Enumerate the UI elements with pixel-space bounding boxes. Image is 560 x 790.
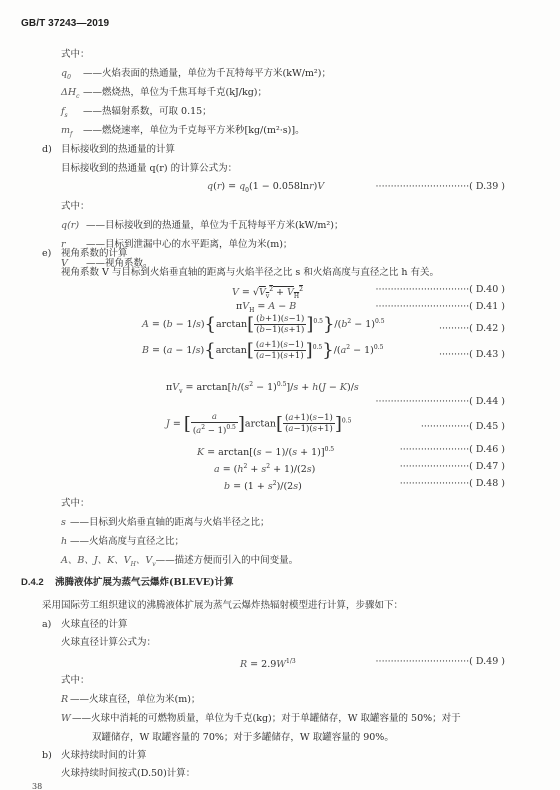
equation-number: ··········( D.43 ) xyxy=(439,348,505,361)
equation-number: ·······························( D.39 ) xyxy=(376,180,505,193)
equation-number: ·······················( D.48 ) xyxy=(400,477,505,490)
standard-code-header: GB/T 37243—2019 xyxy=(21,18,109,29)
equation-number: ·······························( D.41 ) xyxy=(376,300,505,313)
equation-number: ················( D.45 ) xyxy=(421,420,505,433)
equation-number: ·······················( D.46 ) xyxy=(400,443,505,456)
subsection-b-intro: 火球持续时间按式(D.50)计算： xyxy=(61,767,195,780)
section-d-intro: 目标接收到的热通量 q(r) 的计算公式为： xyxy=(61,162,237,175)
equation-d48: b = (1 + s2)/(2s) xyxy=(224,477,302,493)
section-number: D.4.2 xyxy=(21,576,44,589)
definition-continuation: 双罐储存，W 取罐容量的 70%；对于多罐储存，W 取罐容量的 90%。 xyxy=(92,731,394,744)
list-marker-d: d) xyxy=(42,143,52,156)
equation-number: ·······························( D.40 ) xyxy=(376,283,505,296)
equation-number: ·······························( D.44 ) xyxy=(376,395,505,408)
where-label: 式中： xyxy=(61,48,90,61)
section-d-title: 目标接收到的热通量的计算 xyxy=(61,143,175,156)
section-e-intro: 视角系数 V 与目标到火焰垂直轴的距离与火焰半径之比 s 和火焰高度与直径之比 … xyxy=(61,266,439,279)
definition-row: mf——燃烧速率，单位为千克每平方米秒[kg/(m²·s)]。 xyxy=(61,124,305,141)
equation-d47: a = (h2 + s2 + 1)/(2s) xyxy=(214,460,315,476)
definition-row: ΔHc——燃烧热，单位为千焦耳每千克(kJ/kg)； xyxy=(61,86,267,103)
subsection-a-intro: 火球直径计算公式为： xyxy=(61,636,156,649)
equation-d49: R = 2.9W1/3 xyxy=(240,655,296,671)
equation-d45: J = [a(a2 − 1)0.5]arctan[(a+1)(s−1)(a−1)… xyxy=(166,412,351,436)
section-e-title: 视角系数的计算 xyxy=(61,247,128,260)
equation-number: ·······················( D.47 ) xyxy=(400,460,505,473)
equation-number: ··········( D.42 ) xyxy=(439,322,505,335)
definition-row: h——火焰高度与直径之比； xyxy=(61,535,184,548)
definition-row: q(r)——目标接收到的热通量，单位为千瓦特每平方米(kW/m²)； xyxy=(61,219,343,232)
definition-row: q0——火焰表面的热通量，单位为千瓦特每平方米(kW/m²)； xyxy=(61,67,331,84)
equation-d39: q(r) = q0(1 − 0.058lnr)V xyxy=(207,180,324,197)
equation-d43: B = (a − 1/s){arctan[(a+1)(s−1)(a−1)(s+1… xyxy=(142,340,383,361)
where-label: 式中： xyxy=(61,497,90,510)
definition-row: R——火球直径，单位为米(m)； xyxy=(61,693,200,706)
subsection-a-title: 火球直径的计算 xyxy=(61,618,128,631)
subsection-b-title: 火球持续时间的计算 xyxy=(61,749,147,762)
definition-row: A、B、J、K、VH、Vv——描述方便而引入的中间变量。 xyxy=(61,554,298,571)
where-label: 式中： xyxy=(61,200,90,213)
definition-row: W——火球中消耗的可燃物质量，单位为千克(kg)；对于单罐储存，W 取罐容量的 … xyxy=(61,712,461,725)
list-marker-b: b) xyxy=(42,749,52,762)
equation-d46: K = arctan[(s − 1)/(s + 1)]0.5 xyxy=(197,443,334,459)
page-number: 38 xyxy=(32,782,42,790)
list-marker-a: a) xyxy=(42,618,51,631)
where-label: 式中： xyxy=(61,674,90,687)
equation-d44: πVv = arctan[h/(s2 − 1)0.5]/s + h(J − K)… xyxy=(166,378,359,398)
equation-d42: A = (b − 1/s){arctan[(b+1)(s−1)(b−1)(s+1… xyxy=(142,314,385,335)
section-title: 沸腾液体扩展为蒸气云爆炸(BLEVE)计算 xyxy=(55,576,234,589)
definition-row: fs——热辐射系数，可取 0.15； xyxy=(61,105,212,122)
section-intro: 采用国际劳工组织建议的沸腾液体扩展为蒸气云爆炸热辐射模型进行计算，步骤如下： xyxy=(42,599,403,612)
equation-number: ·······························( D.49 ) xyxy=(376,655,505,668)
list-marker-e: e) xyxy=(42,247,51,260)
definition-row: s——目标到火焰垂直轴的距离与火焰半径之比； xyxy=(61,516,270,529)
